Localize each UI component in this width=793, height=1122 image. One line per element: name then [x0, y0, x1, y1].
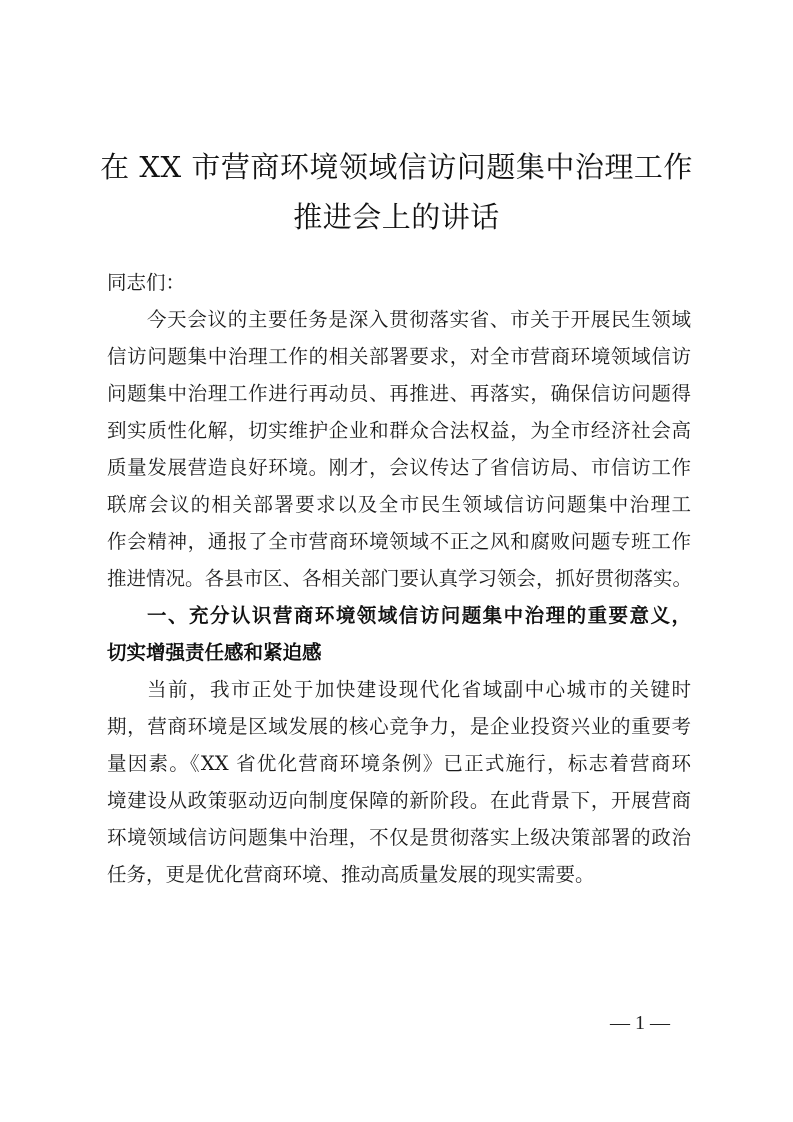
paragraph-line: 量因素。《XX 省优化营商环境条例》已正式施行，标志着营商环	[107, 745, 691, 782]
paragraph-line: 任务，更是优化营商环境、推动高质量发展的现实需要。	[107, 856, 691, 893]
heading-line: 切实增强责任感和紧迫感	[107, 634, 691, 671]
paragraph-line: 作会精神，通报了全市营商环境领域不正之风和腐败问题专班工作	[107, 523, 691, 560]
document-title-line-2: 推进会上的讲话	[100, 192, 693, 242]
paragraph-context: 当前，我市正处于加快建设现代化省域副中心城市的关键时 期，营商环境是区域发展的核…	[107, 671, 691, 893]
paragraph-line: 到实质性化解，切实维护企业和群众合法权益，为全市经济社会高	[107, 412, 691, 449]
paragraph-intro: 今天会议的主要任务是深入贯彻落实省、市关于开展民生领域 信访问题集中治理工作的相…	[107, 301, 691, 597]
document-title-line-1: 在 XX 市营商环境领域信访问题集中治理工作	[100, 142, 693, 192]
paragraph-line: 期，营商环境是区域发展的核心竞争力，是企业投资兴业的重要考	[107, 708, 691, 745]
page-number: — 1 —	[590, 1012, 690, 1035]
document-page: 在 XX 市营商环境领域信访问题集中治理工作 推进会上的讲话 同志们： 今天会议…	[0, 0, 793, 1122]
paragraph-line: 信访问题集中治理工作的相关部署要求，对全市营商环境领域信访	[107, 338, 691, 375]
section-heading-1: 一、充分认识营商环境领域信访问题集中治理的重要意义， 切实增强责任感和紧迫感	[107, 597, 691, 671]
paragraph-line: 推进情况。各县市区、各相关部门要认真学习领会，抓好贯彻落实。	[107, 560, 691, 597]
paragraph-line: 质量发展营造良好环境。刚才，会议传达了省信访局、市信访工作	[107, 449, 691, 486]
paragraph-line: 问题集中治理工作进行再动员、再推进、再落实，确保信访问题得	[107, 375, 691, 412]
paragraph-line: 环境领域信访问题集中治理，不仅是贯彻落实上级决策部署的政治	[107, 819, 691, 856]
heading-line: 一、充分认识营商环境领域信访问题集中治理的重要意义，	[107, 597, 691, 634]
paragraph-line: 今天会议的主要任务是深入贯彻落实省、市关于开展民生领域	[107, 301, 691, 338]
paragraph-line: 境建设从政策驱动迈向制度保障的新阶段。在此背景下，开展营商	[107, 782, 691, 819]
paragraph-line: 联席会议的相关部署要求以及全市民生领域信访问题集中治理工	[107, 486, 691, 523]
salutation: 同志们：	[107, 264, 185, 301]
paragraph-line: 当前，我市正处于加快建设现代化省域副中心城市的关键时	[107, 671, 691, 708]
